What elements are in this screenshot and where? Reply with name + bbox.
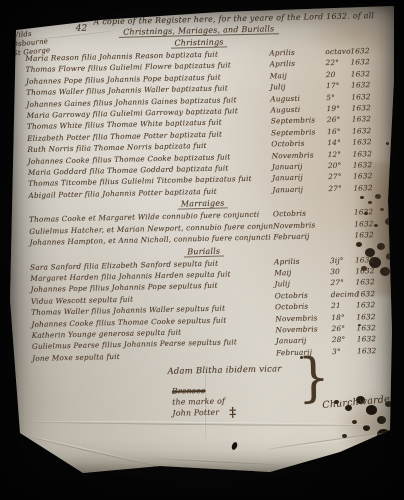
entry-day: 14° bbox=[327, 137, 352, 149]
entry-year: 1632 bbox=[354, 229, 384, 241]
entry-day: 19° bbox=[326, 103, 351, 115]
fold-crease bbox=[264, 431, 391, 451]
parchment-page: Wilds Osbourne St George 42 A copie of t… bbox=[8, 4, 396, 476]
entry-day: 26° bbox=[331, 322, 356, 334]
entry-day: 22° bbox=[325, 57, 350, 69]
vicar-signature: Adam Blitha ibidem vicar bbox=[167, 362, 387, 377]
entry-year: 1632 bbox=[352, 125, 382, 137]
entry-year: 1632 bbox=[356, 299, 386, 311]
photo-background: Wilds Osbourne St George 42 A copie of t… bbox=[0, 0, 404, 500]
entry-year: 1632 bbox=[356, 322, 386, 334]
entry-day: 3ij° bbox=[330, 254, 355, 266]
ink-spot bbox=[386, 142, 389, 145]
entry-year: 1632 bbox=[355, 265, 385, 277]
personal-mark-glyph: ‡ bbox=[229, 405, 236, 420]
fold-crease bbox=[150, 457, 278, 466]
entry-day bbox=[329, 218, 354, 230]
entry-day: 30 bbox=[330, 265, 355, 277]
entry-year: 1632 bbox=[350, 56, 380, 68]
manuscript-content: Wilds Osbourne St George 42 A copie of t… bbox=[17, 10, 388, 423]
entry-year: 1632 bbox=[351, 102, 381, 114]
entry-day: 21 bbox=[331, 300, 356, 312]
entry-year: 1632 bbox=[357, 333, 387, 345]
entry-day: 26° bbox=[327, 114, 352, 126]
entry-day: 16° bbox=[327, 125, 352, 137]
entry-year: 1632 bbox=[352, 148, 382, 160]
entry-year: 1632 bbox=[353, 159, 383, 171]
heading-text: Christnings bbox=[171, 37, 226, 48]
entry-year: 1632 bbox=[353, 182, 383, 194]
brace-glyph: } bbox=[298, 372, 330, 384]
christnings-list: Maria Reason filia Johannis Reason bapti… bbox=[18, 45, 383, 201]
parchment-hole bbox=[231, 441, 239, 450]
entry-day: 3° bbox=[332, 345, 357, 357]
entry-year: 1632 bbox=[352, 136, 382, 148]
entry-day: 28° bbox=[332, 334, 357, 346]
entry-day: 12° bbox=[328, 148, 353, 160]
entry-year: 1632 bbox=[357, 345, 387, 357]
entry-year: 1632 bbox=[351, 68, 381, 80]
heading-text: Burialls bbox=[184, 246, 223, 257]
entry-year: 1632 bbox=[354, 218, 384, 230]
burials-list: Sara Sanford filia Elizabeth Sanford sep… bbox=[23, 253, 387, 364]
attestation-block: Brensca the marke of John Potter‡ } Chur… bbox=[172, 381, 383, 419]
heading-text: Marraiges bbox=[178, 199, 228, 210]
entry-day: decimo bbox=[331, 288, 356, 300]
churchwarden-name: John Potter bbox=[172, 408, 219, 418]
entry-year: 1632 bbox=[356, 288, 386, 300]
entry-day: 20° bbox=[328, 160, 353, 172]
entry-day: 17° bbox=[326, 80, 351, 92]
entry-month: Januarij bbox=[272, 183, 328, 196]
entry-day: 18° bbox=[331, 311, 356, 323]
entry-day bbox=[329, 230, 354, 242]
margin-notes: Wilds Osbourne St George bbox=[11, 28, 51, 58]
entry-year: 1632 bbox=[355, 253, 385, 265]
entry-year: 1632 bbox=[352, 113, 382, 125]
entry-year: 1632 bbox=[355, 276, 385, 288]
page-number: 42 bbox=[76, 24, 88, 34]
entry-year: 1632 bbox=[351, 79, 381, 91]
entry-year: 1632 bbox=[351, 91, 381, 103]
entry-month: Februarij bbox=[273, 230, 329, 243]
fold-crease bbox=[14, 432, 163, 468]
entry-day: 27° bbox=[328, 182, 353, 194]
entry-day: 27° bbox=[330, 277, 355, 289]
entry-day bbox=[329, 207, 354, 219]
entry-day: 27° bbox=[328, 171, 353, 183]
entry-year: 1632 bbox=[354, 206, 384, 218]
entry-year: 1632 bbox=[356, 310, 386, 322]
entry-day: octavo bbox=[325, 46, 350, 58]
entry-day: 20 bbox=[326, 68, 351, 80]
entry-day: 5° bbox=[326, 91, 351, 103]
entry-year: 1632 bbox=[350, 45, 380, 57]
entry-year: 1632 bbox=[353, 170, 383, 182]
